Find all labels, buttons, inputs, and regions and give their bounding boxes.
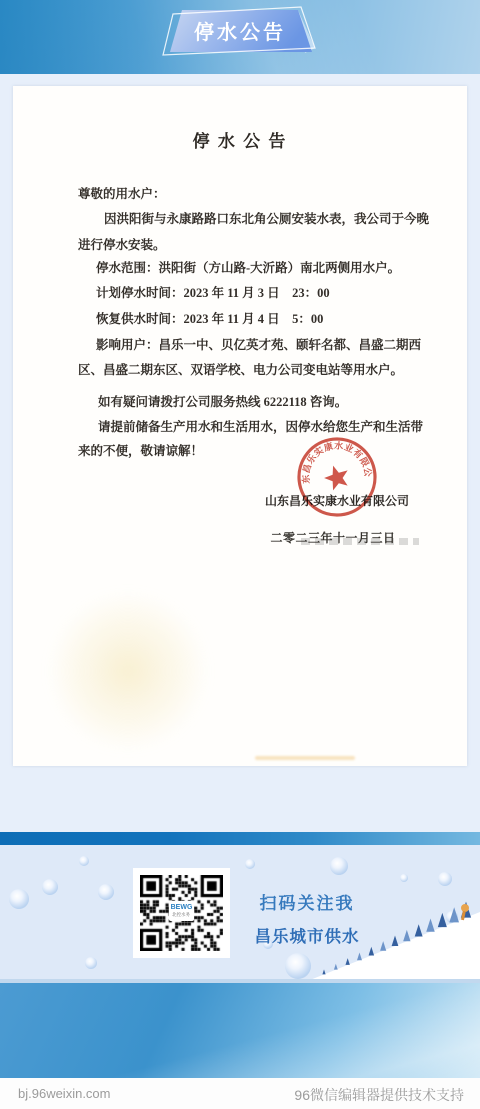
notice-line: 因洪阳街与永康路路口东北角公厕安装水表，我公司于今晚 xyxy=(104,209,429,227)
paper-yellow-mark xyxy=(255,756,355,760)
notice-line: 恢复供水时间：2023 年 11 月 4 日 5：00 xyxy=(96,309,323,327)
paper-stain xyxy=(48,591,208,751)
qr-logo-subtext: 北控水务 xyxy=(172,911,190,917)
notice-date: 二零二三年十一月三日 xyxy=(263,529,403,546)
blue-divider-band xyxy=(0,832,480,845)
qr-code: BEWG 北控水务 xyxy=(133,868,230,958)
notice-line: 停水范围：洪阳街（方山路-大沂路）南北两侧用水户。 xyxy=(96,258,400,276)
notice-line: 尊敬的用水户： xyxy=(78,184,166,202)
tree-decor xyxy=(392,936,399,947)
tree-decor xyxy=(380,941,386,951)
editor-credit-text: 96微信编辑器提供技术支持 xyxy=(294,1085,464,1105)
snow-slope-decor xyxy=(310,898,480,980)
bubble-decor xyxy=(438,872,452,886)
bubble-decor xyxy=(400,874,408,882)
tree-decor xyxy=(322,969,325,974)
tree-decor xyxy=(449,907,459,922)
tree-decor xyxy=(415,924,423,936)
document-section: 停 水 公 告 尊敬的用水户： 因洪阳街与永康路路口东北角公厕安装水表，我公司于… xyxy=(0,74,480,832)
title-badge: 停水公告 xyxy=(155,6,325,58)
notice-line: 如有疑问请拨打公司服务热线 6222118 咨询。 xyxy=(98,392,347,410)
qr-logo-text: BEWG xyxy=(171,904,193,911)
notice-line: 来的不便，敬请谅解！ xyxy=(78,441,203,459)
bubble-decor xyxy=(85,957,97,969)
credit-bar: bj.96weixin.com 96微信编辑器提供技术支持 xyxy=(0,1078,480,1109)
tree-decor xyxy=(426,919,434,932)
company-seal: 山东昌乐实康水业有限公司 xyxy=(291,431,383,523)
bubble-decor xyxy=(245,859,255,869)
tree-decor xyxy=(357,952,362,960)
sky-background xyxy=(0,983,480,1078)
qr-center-logo: BEWG 北控水务 xyxy=(169,901,194,921)
tree-decor xyxy=(369,947,375,956)
editor-site-link[interactable]: bj.96weixin.com xyxy=(18,1086,111,1101)
tree-decor xyxy=(403,930,410,941)
skier-decor xyxy=(461,904,469,912)
badge-label: 停水公告 xyxy=(194,20,286,44)
header-banner: 停水公告 xyxy=(0,0,480,74)
bubble-decor xyxy=(285,953,311,979)
bubble-decor xyxy=(79,856,89,866)
notice-line: 区、昌盛二期东区、双语学校、电力公司变电站等用水户。 xyxy=(78,360,403,378)
bubble-decor xyxy=(330,857,348,875)
notice-title: 停 水 公 告 xyxy=(13,127,467,152)
notice-line: 计划停水时间：2023 年 11 月 3 日 23：00 xyxy=(96,283,330,301)
bubble-decor xyxy=(98,884,114,900)
bubble-decor xyxy=(42,879,58,895)
page: 停水公告 停 水 公 告 尊敬的用水户： 因洪阳街与永康路路口东北角公厕安装水表… xyxy=(0,0,480,1109)
follow-panel: BEWG 北控水务 扫码关注我 昌乐城市供水 xyxy=(0,845,480,983)
bubble-decor xyxy=(9,889,29,909)
tree-decor xyxy=(334,964,338,970)
tree-decor xyxy=(345,958,349,965)
notice-line: 影响用户：昌乐一中、贝亿英才苑、颐轩名都、昌盛二期西 xyxy=(96,335,421,353)
notice-paper: 停 水 公 告 尊敬的用水户： 因洪阳街与永康路路口东北角公厕安装水表，我公司于… xyxy=(13,86,467,766)
notice-line: 进行停水安装。 xyxy=(78,235,166,253)
tree-decor xyxy=(438,913,447,927)
